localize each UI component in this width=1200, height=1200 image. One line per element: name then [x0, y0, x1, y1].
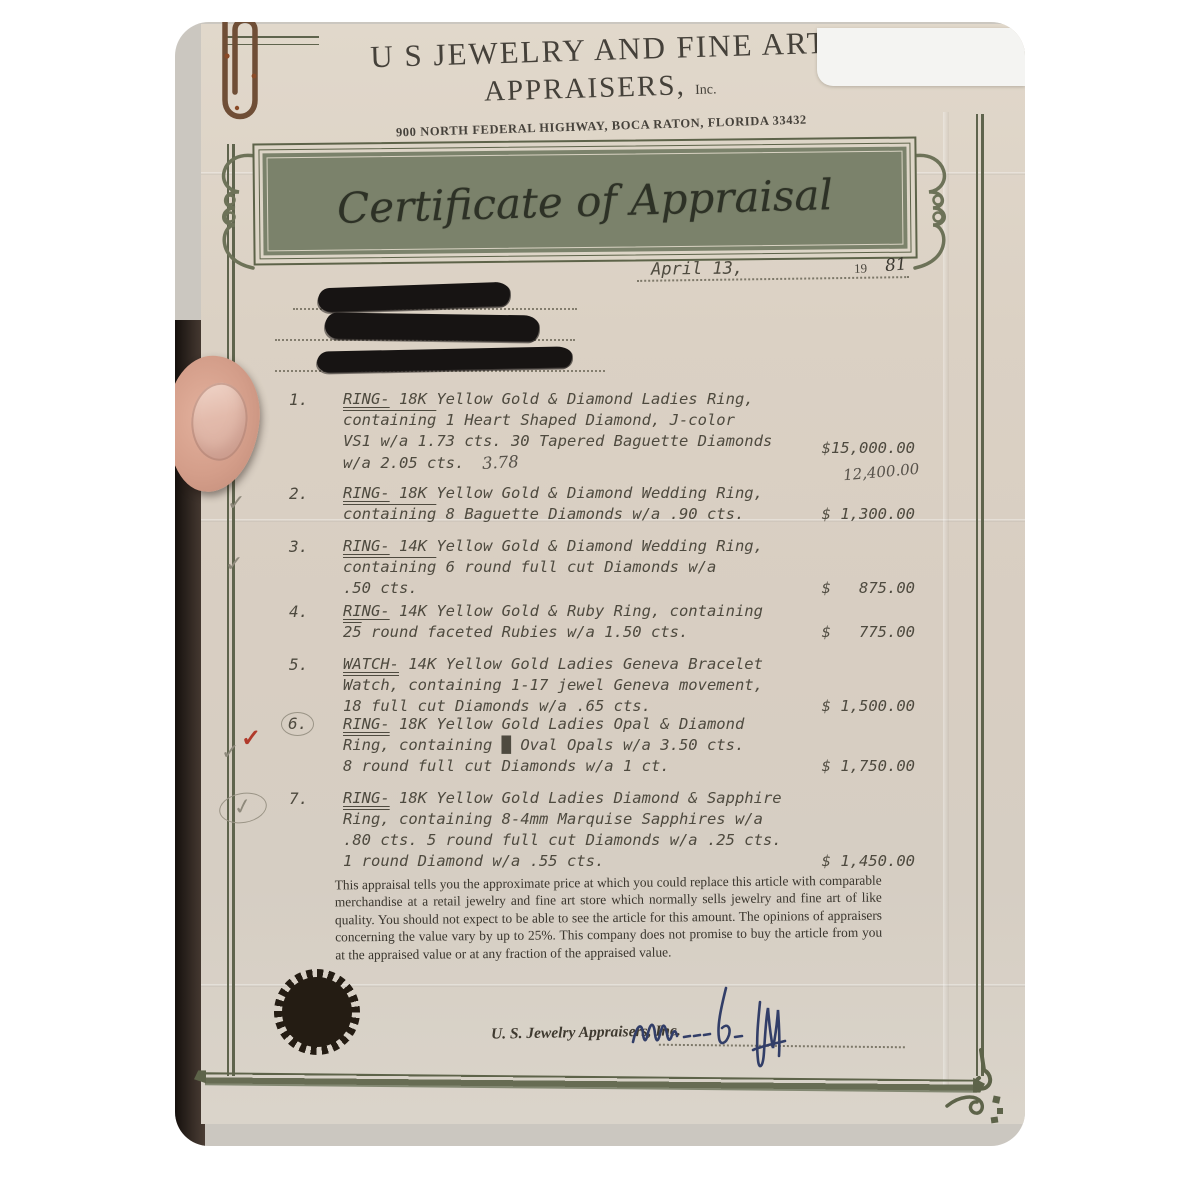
- item-line: Ring, containing █ Oval Opals w/a 3.50 c…: [343, 736, 843, 757]
- item-price-handwritten: 12,400.00: [842, 460, 920, 485]
- item-description: RING- 14K Yellow Gold & Ruby Ring, conta…: [343, 602, 843, 644]
- redaction-marker-bar: [325, 313, 539, 342]
- appraisal-item: 5. WATCH- 14K Yellow Gold Ladies Geneva …: [287, 655, 915, 718]
- disclaimer-text: This appraisal tells you the approximate…: [335, 872, 883, 964]
- frame-left-line: [227, 144, 229, 1076]
- item-line: w/a 2.05 cts.3.78: [343, 453, 843, 474]
- appraisal-item: 4. RING- 14K Yellow Gold & Ruby Ring, co…: [287, 602, 915, 644]
- item-number: 6.: [281, 712, 314, 736]
- paperclip: [209, 22, 273, 136]
- appraisal-item: 2. RING- 18K Yellow Gold & Diamond Weddi…: [287, 484, 915, 526]
- item-number: 4.: [289, 602, 333, 621]
- company-inc: Inc.: [695, 82, 717, 98]
- banner-inner-frame: Certificate of Appraisal: [258, 143, 911, 260]
- document-photo: U S JEWELRY AND FINE ART APPRAISERS, Inc…: [175, 22, 1025, 1146]
- date-month-day: April 13,: [651, 258, 743, 279]
- item-line: RING- 18K Yellow Gold Ladies Opal & Diam…: [343, 715, 843, 736]
- appraisal-items: 1. RING- 18K Yellow Gold & Diamond Ladie…: [287, 390, 915, 882]
- item-line: RING- 18K Yellow Gold & Diamond Wedding …: [343, 484, 843, 505]
- item-line: .50 cts.: [343, 579, 843, 600]
- item-line: .80 cts. 5 round full cut Diamonds w/a .…: [343, 831, 843, 852]
- item-line: RING- 14K Yellow Gold & Diamond Wedding …: [343, 537, 843, 558]
- item-description: RING- 18K Yellow Gold & Diamond Ladies R…: [343, 390, 843, 474]
- item-price: $ 1,300.00: [822, 505, 915, 523]
- item-price: $ 775.00: [822, 623, 915, 641]
- item-line: WATCH- 14K Yellow Gold Ladies Geneva Bra…: [343, 655, 843, 676]
- item-description: RING- 18K Yellow Gold Ladies Diamond & S…: [343, 789, 843, 873]
- item-price: $ 875.00: [822, 579, 915, 597]
- certificate-banner: Certificate of Appraisal: [252, 137, 917, 266]
- appraisal-item: 6. RING- 18K Yellow Gold Ladies Opal & D…: [287, 715, 915, 778]
- item-number: 5.: [289, 655, 333, 674]
- corner-ornament: [937, 1048, 1013, 1126]
- item-line: 25 round faceted Rubies w/a 1.50 cts.: [343, 623, 843, 644]
- item-price: $ 1,450.00: [822, 852, 915, 870]
- appraisal-item: 7. RING- 18K Yellow Gold Ladies Diamond …: [287, 789, 915, 873]
- company-name: APPRAISERS,: [484, 69, 687, 107]
- item-price: $15,000.00: [822, 439, 915, 457]
- item-number: 2.: [289, 484, 333, 503]
- appraisal-item: 3. RING- 14K Yellow Gold & Diamond Weddi…: [287, 537, 915, 600]
- red-check-mark: ✓: [241, 727, 261, 751]
- item-line: containing 8 Baguette Diamonds w/a .90 c…: [343, 505, 843, 526]
- pencil-check-mark: ✓: [227, 492, 245, 514]
- item-line: Watch, containing 1-17 jewel Geneva move…: [343, 676, 843, 697]
- item-price: $ 1,500.00: [822, 697, 915, 715]
- item-number: 7.: [289, 789, 333, 808]
- banner-green-panel: Certificate of Appraisal: [262, 147, 907, 256]
- date-line: April 13, 19 81: [637, 249, 909, 282]
- pencil-check-mark: ✓: [221, 741, 239, 763]
- item-line: RING- 18K Yellow Gold Ladies Diamond & S…: [343, 789, 843, 810]
- signature-ink: [627, 980, 805, 1075]
- item-number: 1.: [289, 390, 333, 409]
- item-number: 3.: [289, 537, 333, 556]
- item-description: RING- 18K Yellow Gold Ladies Opal & Diam…: [343, 715, 843, 778]
- item-line: VS1 w/a 1.73 cts. 30 Tapered Baguette Di…: [343, 432, 843, 453]
- item-line: Ring, containing 8-4mm Marquise Sapphire…: [343, 810, 843, 831]
- handwritten-note: 3.78: [482, 452, 520, 473]
- frame-right-line: [976, 114, 978, 1076]
- appraisal-item: 1. RING- 18K Yellow Gold & Diamond Ladie…: [287, 390, 915, 474]
- date-year-prefix: 19: [854, 261, 867, 277]
- thumbnail: [187, 380, 251, 463]
- item-line: containing 6 round full cut Diamonds w/a: [343, 558, 843, 579]
- item-description: WATCH- 14K Yellow Gold Ladies Geneva Bra…: [343, 655, 843, 718]
- item-line: containing 1 Heart Shaped Diamond, J-col…: [343, 411, 843, 432]
- item-description: RING- 14K Yellow Gold & Diamond Wedding …: [343, 537, 843, 600]
- date-year-handwritten: 81: [885, 254, 908, 276]
- certificate-title: Certificate of Appraisal: [336, 170, 833, 233]
- frame-right-line: [981, 114, 984, 1076]
- sticker-label: [817, 28, 1025, 86]
- letterhead: U S JEWELRY AND FINE ART APPRAISERS, Inc…: [294, 22, 907, 144]
- item-line: 1 round Diamond w/a .55 cts.: [343, 852, 843, 873]
- item-line: 8 round full cut Diamonds w/a 1 ct.: [343, 757, 843, 778]
- item-line: RING- 14K Yellow Gold & Ruby Ring, conta…: [343, 602, 843, 623]
- frame-left-line: [232, 144, 235, 1076]
- notary-seal: [274, 969, 360, 1055]
- seal-core: [282, 977, 352, 1047]
- pencil-check-mark: ✓: [225, 553, 243, 575]
- item-line: RING- 18K Yellow Gold & Diamond Ladies R…: [343, 390, 843, 411]
- item-description: RING- 18K Yellow Gold & Diamond Wedding …: [343, 484, 843, 526]
- item-price: $ 1,750.00: [822, 757, 915, 775]
